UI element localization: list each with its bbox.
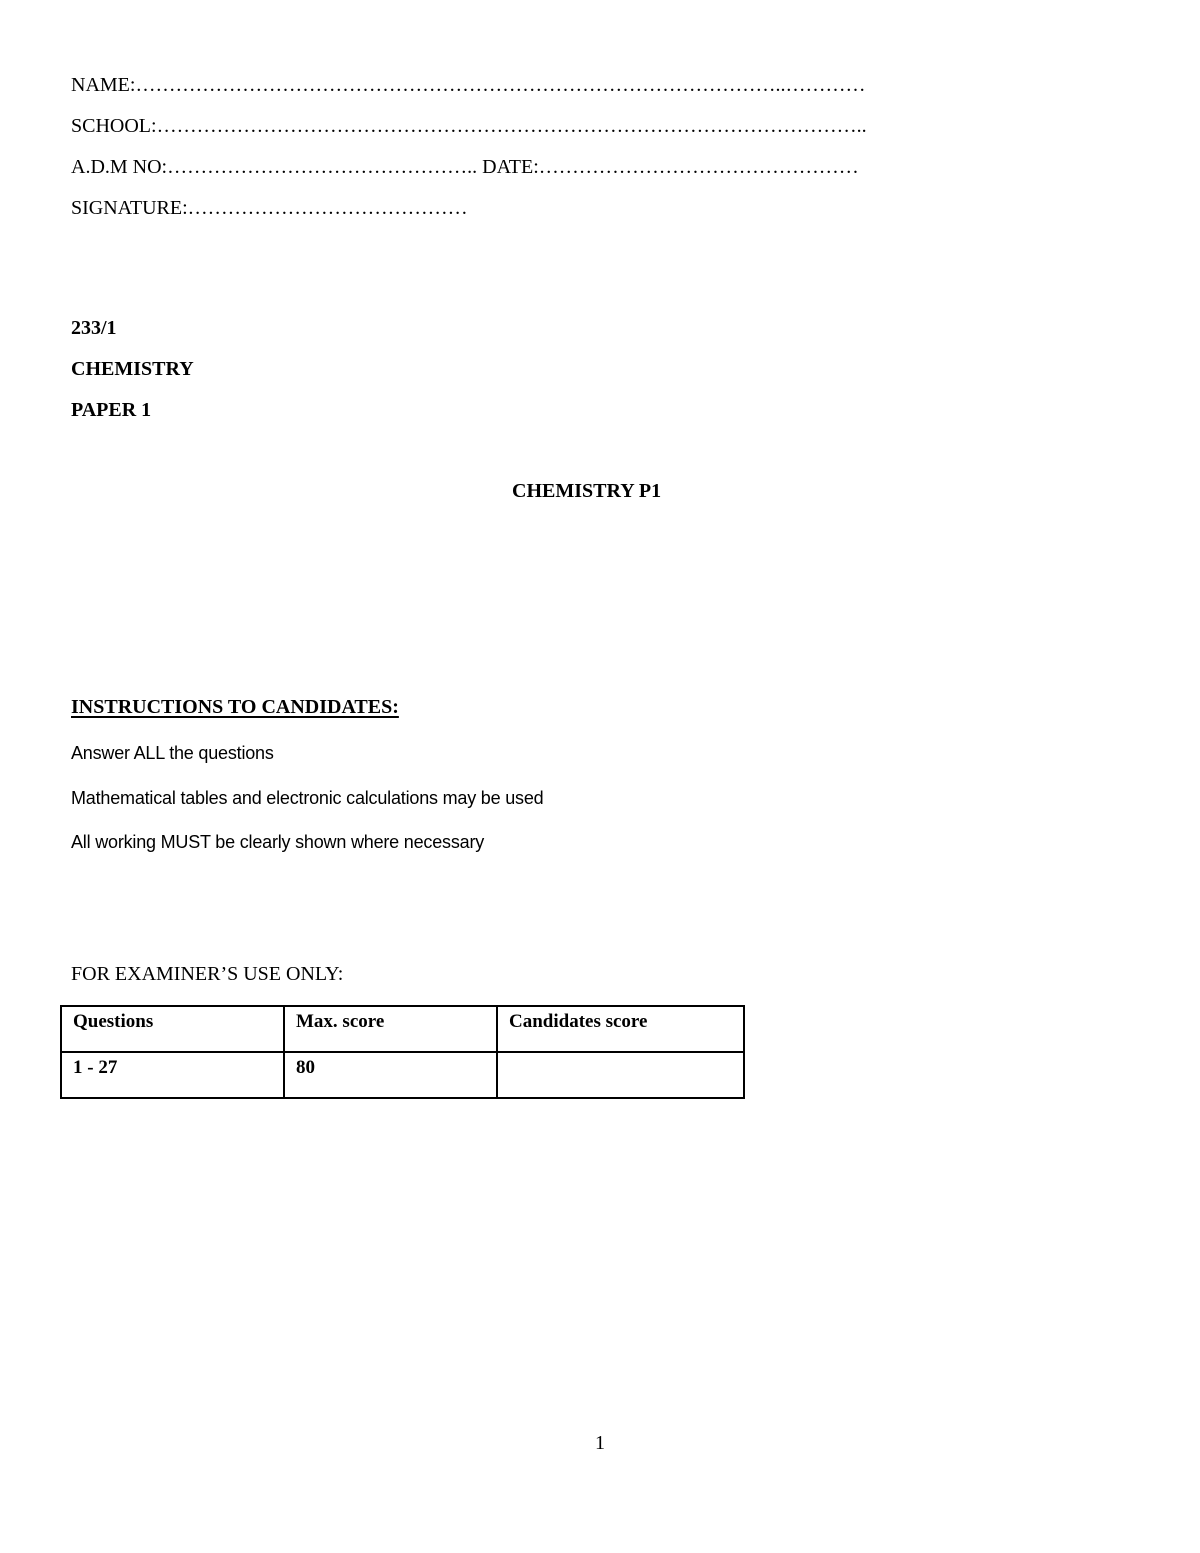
paper-code: 233/1 bbox=[71, 317, 117, 340]
cell-max-score: 80 bbox=[284, 1052, 497, 1098]
adm-date-row: A.D.M NO:……………………………………….. DATE:……………………… bbox=[71, 156, 859, 179]
document-title: CHEMISTRY P1 bbox=[512, 480, 661, 503]
header-candidates-score: Candidates score bbox=[497, 1006, 744, 1052]
header-questions: Questions bbox=[61, 1006, 284, 1052]
name-label: NAME: bbox=[71, 74, 135, 96]
page-number: 1 bbox=[595, 1432, 605, 1455]
table-row: 1 - 27 80 bbox=[61, 1052, 744, 1098]
instruction-item: Mathematical tables and electronic calcu… bbox=[71, 788, 543, 809]
adm-no-blank[interactable]: ……………………………………….. bbox=[167, 156, 477, 178]
instructions-heading: INSTRUCTIONS TO CANDIDATES: bbox=[71, 696, 399, 719]
cell-questions: 1 - 27 bbox=[61, 1052, 284, 1098]
header-max-score: Max. score bbox=[284, 1006, 497, 1052]
table-header-row: Questions Max. score Candidates score bbox=[61, 1006, 744, 1052]
name-field[interactable]: NAME:……………………………………………………………………………………..…… bbox=[71, 74, 865, 97]
instruction-item: Answer ALL the questions bbox=[71, 743, 274, 764]
signature-field[interactable]: SIGNATURE:…………………………………… bbox=[71, 197, 468, 220]
subject-name: CHEMISTRY bbox=[71, 358, 194, 381]
examiner-score-table: Questions Max. score Candidates score 1 … bbox=[60, 1005, 745, 1099]
school-label: SCHOOL: bbox=[71, 115, 157, 137]
date-label: DATE: bbox=[482, 156, 539, 178]
school-field[interactable]: SCHOOL:………………………………………………………………………………………… bbox=[71, 115, 867, 138]
signature-label: SIGNATURE: bbox=[71, 197, 188, 219]
adm-no-label: A.D.M NO: bbox=[71, 156, 167, 178]
name-blank[interactable]: ……………………………………………………………………………………..………… bbox=[135, 74, 865, 96]
instruction-item: All working MUST be clearly shown where … bbox=[71, 832, 484, 853]
cell-candidates-score[interactable] bbox=[497, 1052, 744, 1098]
school-blank[interactable]: …………………………………………………………………………………………….. bbox=[157, 115, 867, 137]
paper-number: PAPER 1 bbox=[71, 399, 151, 422]
examiner-heading: FOR EXAMINER’S USE ONLY: bbox=[71, 963, 343, 986]
signature-blank[interactable]: …………………………………… bbox=[188, 197, 468, 219]
date-blank[interactable]: ………………………………………… bbox=[539, 156, 859, 178]
